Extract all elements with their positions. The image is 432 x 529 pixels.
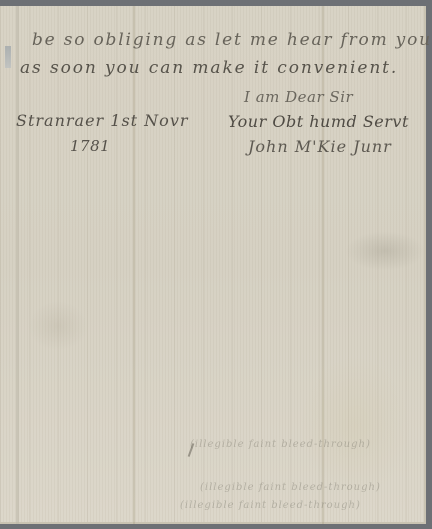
paper-stain [28, 301, 88, 351]
bleed-through-text: (illegible faint bleed-through) [180, 500, 361, 511]
binding-mark [5, 46, 11, 68]
bleed-through-text: (illegible faint bleed-through) [190, 439, 371, 450]
letter-page: be so obliging as let me hear from you a… [0, 6, 426, 524]
page-edge-fold [16, 6, 19, 524]
dateline-year: 1781 [70, 137, 110, 155]
fold-line-left [133, 6, 135, 524]
body-line-1: be so obliging as let me hear from you [32, 30, 432, 50]
closing-salutation: I am Dear Sir [244, 88, 353, 106]
body-line-2: as soon you can make it convenient. [20, 58, 398, 78]
paper-stain [345, 231, 425, 271]
bleed-through-text: (illegible faint bleed-through) [200, 482, 381, 493]
paper-stain [300, 356, 410, 496]
closing-servant-line: Your Obt humd Servt [228, 112, 409, 131]
dateline-place-date: Stranraer 1st Novr [16, 111, 189, 130]
signature: John M'Kie Junr [248, 137, 392, 156]
scan-background: be so obliging as let me hear from you a… [0, 0, 432, 529]
